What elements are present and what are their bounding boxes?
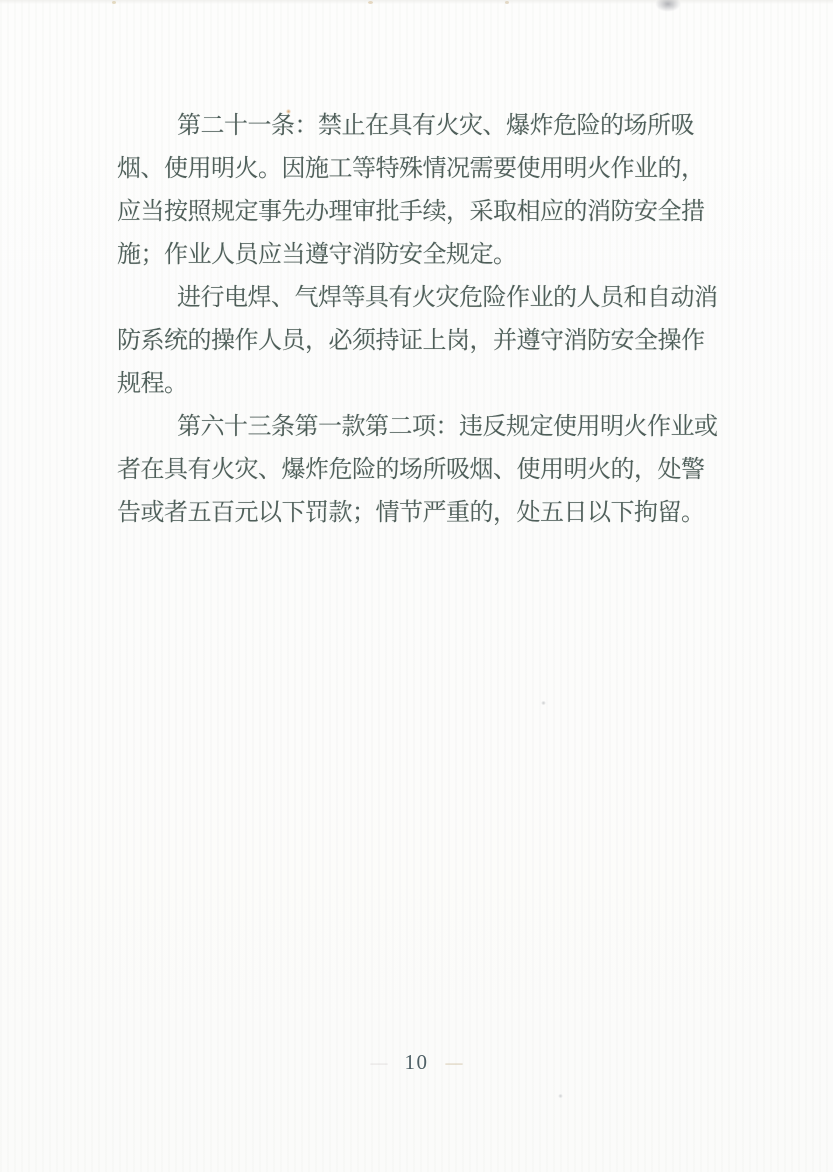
text-line: 烟、使用明火。因施工等特殊情况需要使用明火作业的， (117, 148, 709, 191)
scan-speck-artifact (112, 1, 116, 4)
paragraph-article-63: 第六十三条第一款第二项：违反规定使用明火作业或 者在具有火灾、爆炸危险的场所吸烟… (117, 406, 709, 535)
text-line: 进行电焊、气焊等具有火灾危险作业的人员和自动消 (117, 277, 709, 320)
scan-speck-artifact (558, 1094, 563, 1098)
text-line: 第二十一条：禁止在具有火灾、爆炸危险的场所吸 (117, 105, 709, 148)
text-line: 规程。 (117, 363, 709, 406)
text-line: 施；作业人员应当遵守消防安全规定。 (117, 234, 709, 277)
scan-speck-artifact (541, 701, 546, 705)
scan-top-edge-artifact (0, 0, 833, 4)
paragraph-welding-certification: 进行电焊、气焊等具有火灾危险作业的人员和自动消 防系统的操作人员，必须持证上岗，… (117, 277, 709, 406)
scan-speck-artifact (368, 1, 373, 4)
document-body-text: 第二十一条：禁止在具有火灾、爆炸危险的场所吸 烟、使用明火。因施工等特殊情况需要… (117, 105, 709, 535)
paragraph-article-21: 第二十一条：禁止在具有火灾、爆炸危险的场所吸 烟、使用明火。因施工等特殊情况需要… (117, 105, 709, 277)
page-footer: — 10 — (0, 1050, 833, 1075)
text-line: 第六十三条第一款第二项：违反规定使用明火作业或 (117, 406, 709, 449)
text-line: 应当按照规定事先办理审批手续，采取相应的消防安全措 (117, 191, 709, 234)
scan-speck-artifact (505, 1, 509, 4)
text-line: 防系统的操作人员，必须持证上岗，并遵守消防安全操作 (117, 320, 709, 363)
page-number-dash-left: — (371, 1053, 388, 1073)
page-number: 10 (405, 1050, 429, 1075)
text-line: 者在具有火灾、爆炸危险的场所吸烟、使用明火的，处警 (117, 449, 709, 492)
text-line: 告或者五百元以下罚款；情节严重的，处五日以下拘留。 (117, 492, 709, 535)
page-number-dash-right: — (446, 1053, 463, 1073)
